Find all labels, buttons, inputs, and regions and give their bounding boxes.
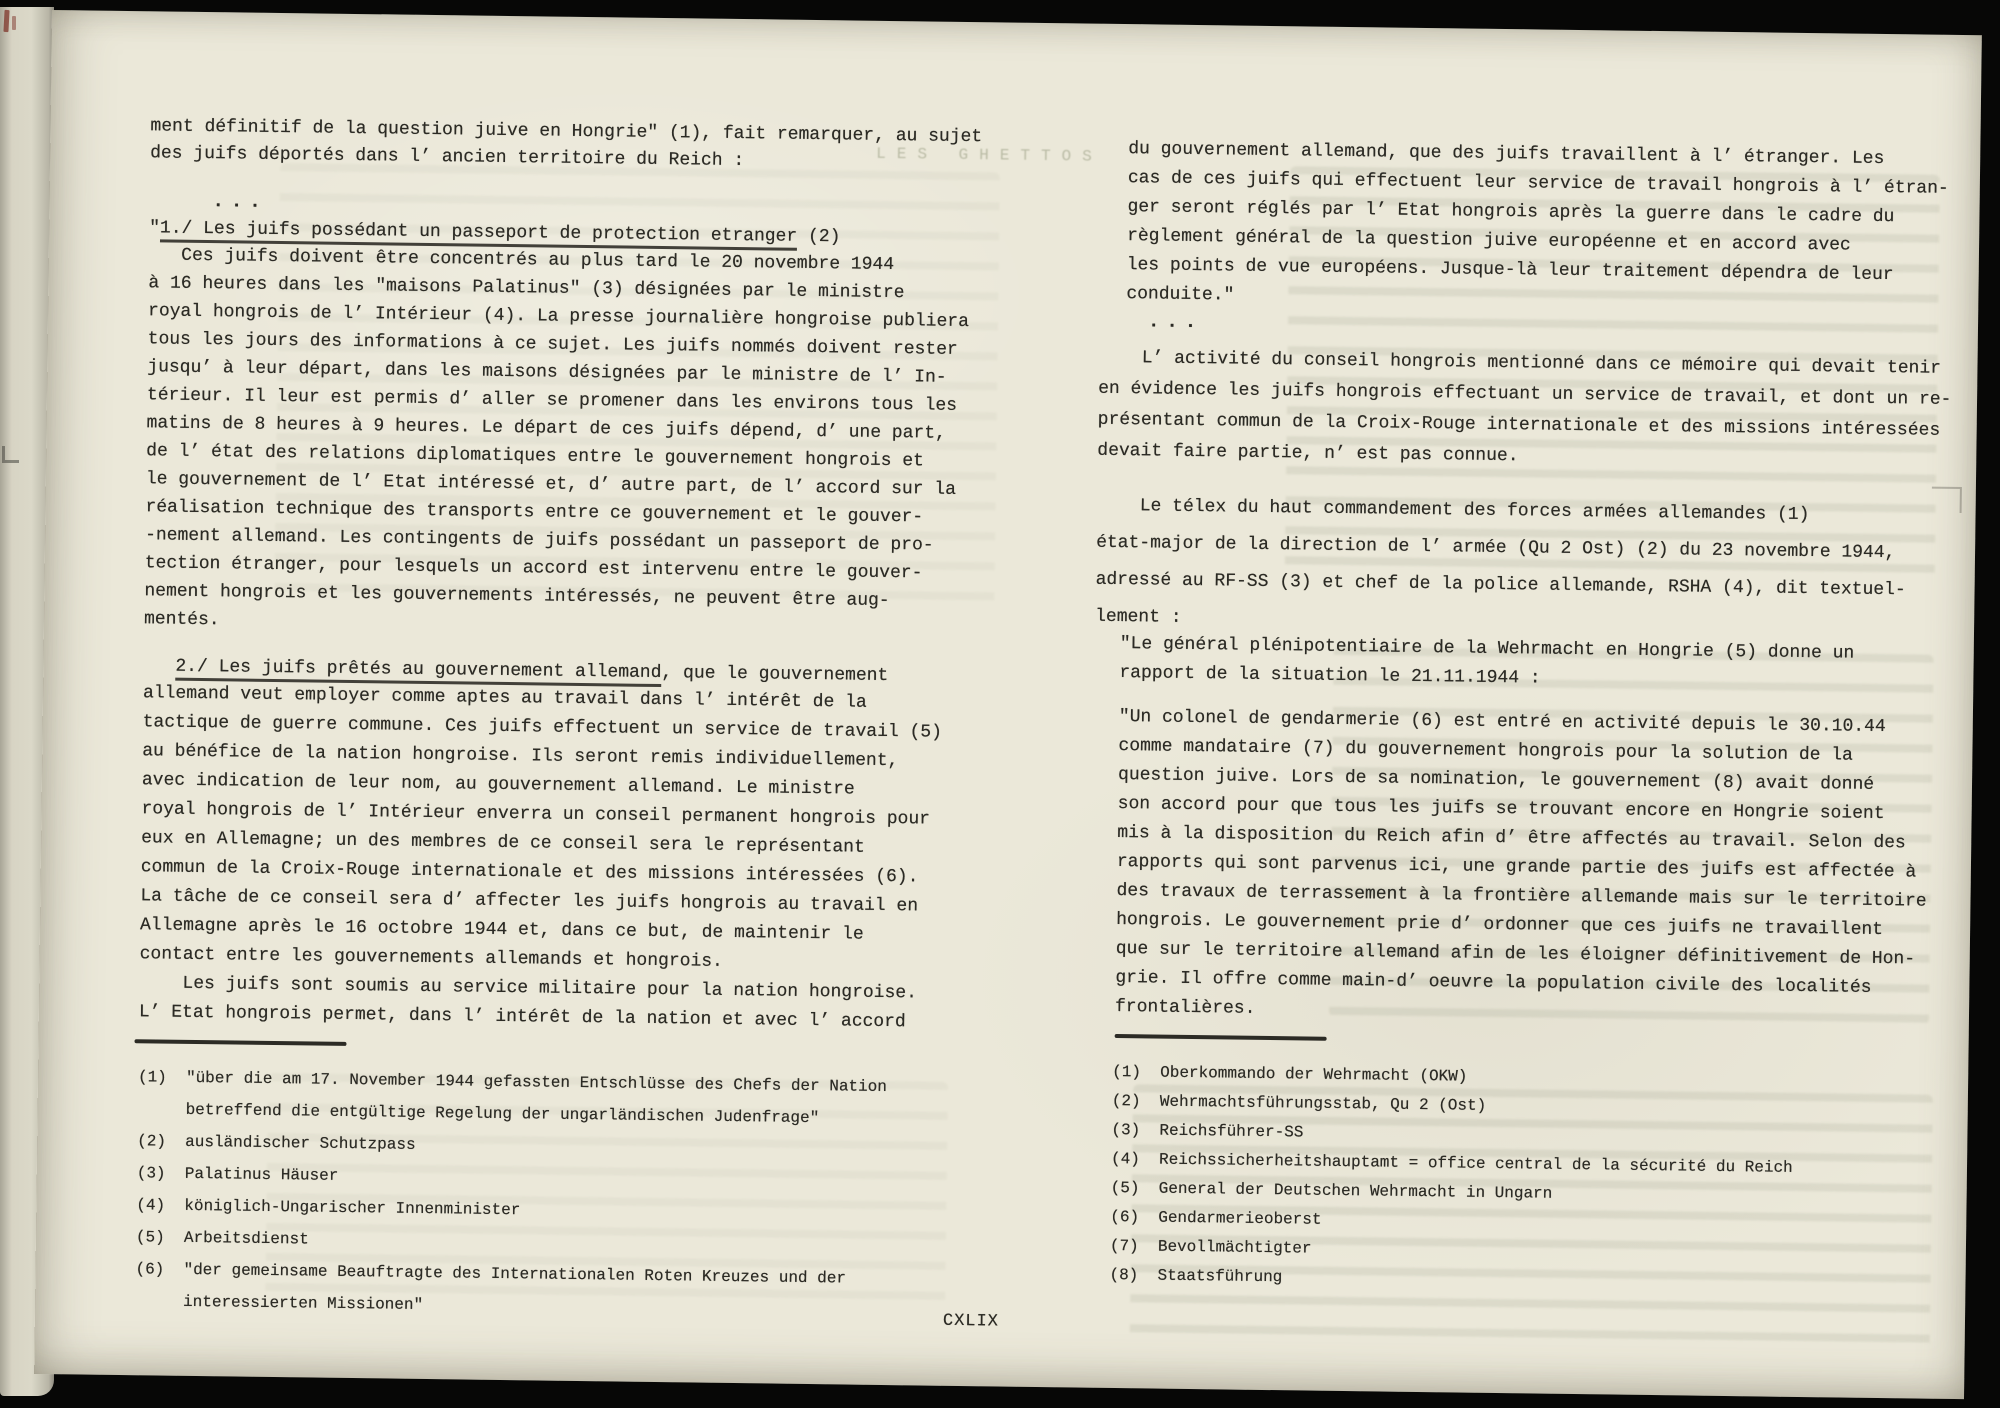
section-1-heading-ref: (2) (797, 227, 840, 248)
margin-corner-mark (2, 446, 19, 463)
footnote-number: (5) (1110, 1174, 1158, 1204)
footnote-text: Staatsführung (1157, 1262, 1282, 1293)
footnote-text: Reichsführer-SS (1159, 1117, 1303, 1148)
ellipsis-separator: ... (212, 188, 268, 216)
footnote-text: Wehrmachtsführungsstab, Qu 2 (Ost) (1160, 1088, 1487, 1121)
footnote-rule-left (134, 1039, 346, 1046)
footnote-text: "über die am 17. November 1944 gefassten… (185, 1062, 887, 1135)
footnote: (1)"über die am 17. November 1944 gefass… (137, 1061, 887, 1135)
footnote-text: "der gemeinsame Beauftragte des Internat… (183, 1254, 846, 1327)
footnote-text: königlich-Ungarischer Innenminister (184, 1190, 520, 1226)
section-1-paragraph: Ces juifs doivent être concentrés au plu… (144, 241, 970, 644)
commentary-paragraph-1: L’ activité du conseil hongrois mentionn… (1097, 343, 1952, 478)
footnote-number: (3) (1111, 1116, 1159, 1146)
footnote-number: (1) (137, 1061, 186, 1126)
footnote-text: Palatinus Häuser (185, 1158, 339, 1192)
footnotes-left: (1)"über die am 17. November 1944 gefass… (135, 1061, 887, 1327)
section-2-heading-rest: , que le gouvernement (661, 663, 888, 686)
footnote-text: ausländischer Schutzpass (185, 1126, 416, 1161)
footnote-number: (5) (136, 1221, 184, 1254)
intro-paragraph: ment définitif de la question juive en H… (150, 113, 982, 178)
telex-quote-intro: "Le général plénipotentiaire de la Wehrm… (1119, 630, 1854, 698)
scanned-book-page: { "page": { "number": "CXLIX", "ghost_he… (0, 0, 2000, 1408)
red-edge-mark (12, 16, 16, 30)
commentary-paragraph-2: Le télex du haut commandement des forces… (1095, 488, 1907, 647)
telex-quote-body: "Un colonel de gendarmerie (6) est entré… (1115, 703, 1929, 1033)
pencil-corner-mark (1932, 487, 1962, 513)
footnote-text: Arbeitsdienst (184, 1222, 309, 1256)
footnote-text: Gendarmerieoberst (1158, 1204, 1322, 1235)
heading-quote-mark: " (149, 218, 160, 238)
footnote-number: (6) (1110, 1203, 1158, 1233)
section-2-paragraph: allemand veut employer comme aptes au tr… (139, 679, 943, 1037)
footnote-number: (2) (137, 1125, 185, 1158)
footnote-number: (4) (1111, 1145, 1159, 1175)
footnote-number: (1) (1112, 1058, 1160, 1088)
footnote: (6)"der gemeinsame Beauftragte des Inter… (135, 1253, 885, 1327)
book-page: LES GHETTOS ment définitif de la questio… (34, 10, 1982, 1399)
footnote-number: (3) (137, 1157, 185, 1190)
footnote-number: (6) (135, 1253, 184, 1318)
footnote-number: (4) (136, 1189, 184, 1222)
footnotes-right: (1)Oberkommando der Wehrmacht (OKW)(2)We… (1109, 1058, 1794, 1299)
footnote-rule-right (1115, 1034, 1327, 1041)
footnote-text: Bevollmächtigter (1158, 1233, 1312, 1264)
footnote-number: (2) (1112, 1087, 1160, 1117)
footnote-number: (7) (1110, 1232, 1158, 1262)
footnote-number: (8) (1109, 1261, 1157, 1291)
footnote-text: Oberkommando der Wehrmacht (OKW) (1160, 1059, 1468, 1092)
page-number: CXLIX (943, 1308, 999, 1336)
quote-continuation-paragraph: du gouvernement allemand, que des juifs … (1126, 135, 1949, 320)
ellipsis-separator: ... (1148, 308, 1204, 336)
